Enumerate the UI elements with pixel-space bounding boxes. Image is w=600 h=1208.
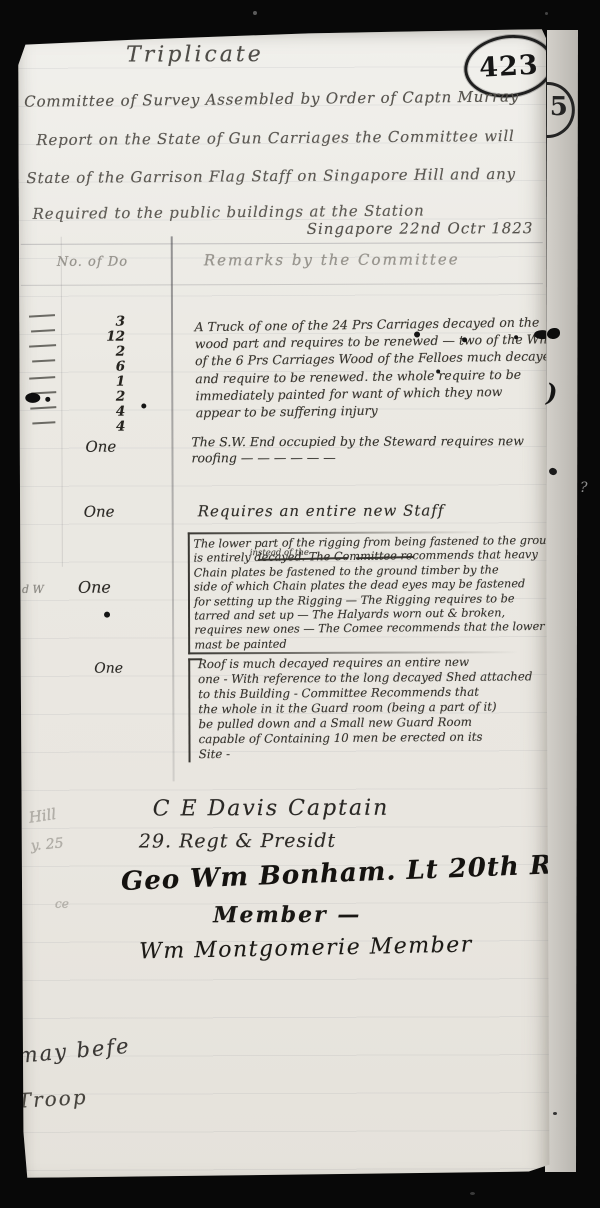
ink-dot: [414, 332, 420, 338]
ink-dot: [462, 337, 467, 342]
table-column-rule: [171, 236, 174, 781]
table-top-rule: [21, 242, 543, 245]
quantity-value: 12: [89, 330, 125, 345]
remark-line: one - With reference to the long decayed…: [198, 669, 532, 687]
page-number: 423: [479, 49, 540, 83]
box-border-left: [188, 532, 190, 654]
remark-line: Site -: [199, 744, 533, 762]
signature-bonham-role: Member —: [213, 902, 361, 929]
scan-background: 5 423 Triplicate Committee of Survey Ass…: [0, 0, 600, 1208]
margin-dash: [29, 344, 56, 348]
remark-line: roofing — — — — — —: [191, 449, 524, 466]
adjacent-page-number-stamp: 5: [545, 82, 575, 138]
dust-speck: [545, 12, 548, 15]
margin-fragment: d W: [22, 583, 44, 596]
ink-dot: [104, 612, 110, 618]
quantity-value: One: [84, 503, 115, 521]
adjacent-page-number: 5: [550, 92, 568, 122]
pencil-margin-note: Hill: [28, 805, 58, 827]
pencil-margin-note: y. 25: [30, 835, 64, 854]
heading-line: Report on the State of Gun Carriages the…: [36, 127, 514, 149]
ink-dot: [45, 397, 50, 402]
remark-row-4-text: The lower part of the rigging from being…: [193, 534, 562, 653]
margin-dash: [32, 421, 55, 424]
ink-blot: [25, 393, 40, 403]
quantity-value: 4: [89, 405, 125, 420]
quantity-value: One: [94, 661, 123, 677]
ink-dot: [436, 369, 440, 373]
heading-line: Committee of Survey Assembled by Order o…: [24, 87, 519, 110]
edge-question-mark: ?: [580, 480, 588, 496]
remark-line: Requires an entire new Staff: [198, 501, 445, 520]
dust-speck: [553, 1112, 557, 1115]
quantity-value: One: [85, 438, 116, 456]
quantity-value: One: [78, 578, 111, 597]
bracket-left: [188, 658, 190, 762]
bottom-script-fragment: Troop: [17, 1085, 88, 1113]
signature-davis: C E Davis Captain: [153, 796, 390, 822]
remark-line: mast be painted: [194, 635, 562, 653]
margin-dash: [32, 359, 55, 362]
quantity-value: 2: [89, 345, 125, 360]
quantity-value: 4: [89, 420, 125, 435]
table-header-rule: [21, 283, 543, 286]
quantity-value: 6: [89, 360, 125, 375]
quantity-column-header: No. of Do: [57, 255, 128, 270]
table-left-column-rule: [61, 237, 63, 567]
remark-row-2: The S.W. End occupied by the Steward req…: [191, 433, 524, 466]
heading-line: State of the Garrison Flag Staff on Sing…: [26, 165, 515, 187]
margin-dash: [29, 376, 55, 379]
remark-line: the whole in it the Guard room (being a …: [198, 699, 532, 717]
ink-dot: [141, 403, 146, 408]
box-border-top: [188, 531, 488, 534]
quantity-value: 1: [89, 375, 125, 390]
quantity-value: 2: [89, 390, 125, 405]
remarks-column-header: Remarks by the Committee: [204, 250, 460, 269]
margin-dash: [30, 406, 56, 409]
document-page: 423 Triplicate Committee of Survey Assem…: [18, 29, 550, 1178]
signature-davis-rank: 29. Regt & Presidt: [139, 830, 336, 853]
remark-row-1: A Truck of one of the 24 Prs Carriages d…: [194, 313, 573, 421]
pencil-margin-note: ce: [55, 897, 69, 911]
margin-dash: [31, 329, 55, 332]
edge-paren-mark: ): [546, 378, 557, 407]
signature-montgomerie: Wm Montgomerie Member: [139, 932, 473, 964]
quantity-list: 3 12 2 6 1 2 4 4: [89, 315, 125, 435]
boxed-remark-row-4: instead of the The lower part of the rig…: [188, 531, 544, 654]
ink-dot: [514, 335, 518, 339]
bottom-script-fragment: may befe: [17, 1034, 132, 1068]
signature-bonham: Geo Wm Bonham. Lt 20th Regt: [121, 849, 600, 897]
dust-speck: [470, 1192, 475, 1195]
copy-label: Triplicate: [126, 42, 264, 67]
dateline: Singapore 22nd Octr 1823: [307, 219, 534, 238]
remark-line: The S.W. End occupied by the Steward req…: [191, 433, 524, 450]
adjacent-page-edge: 5: [545, 30, 578, 1172]
margin-dash: [29, 314, 55, 317]
remark-row-5: Roof is much decayed requires an entire …: [198, 654, 533, 762]
quantity-value: 3: [89, 315, 125, 330]
dust-speck: [253, 11, 257, 15]
